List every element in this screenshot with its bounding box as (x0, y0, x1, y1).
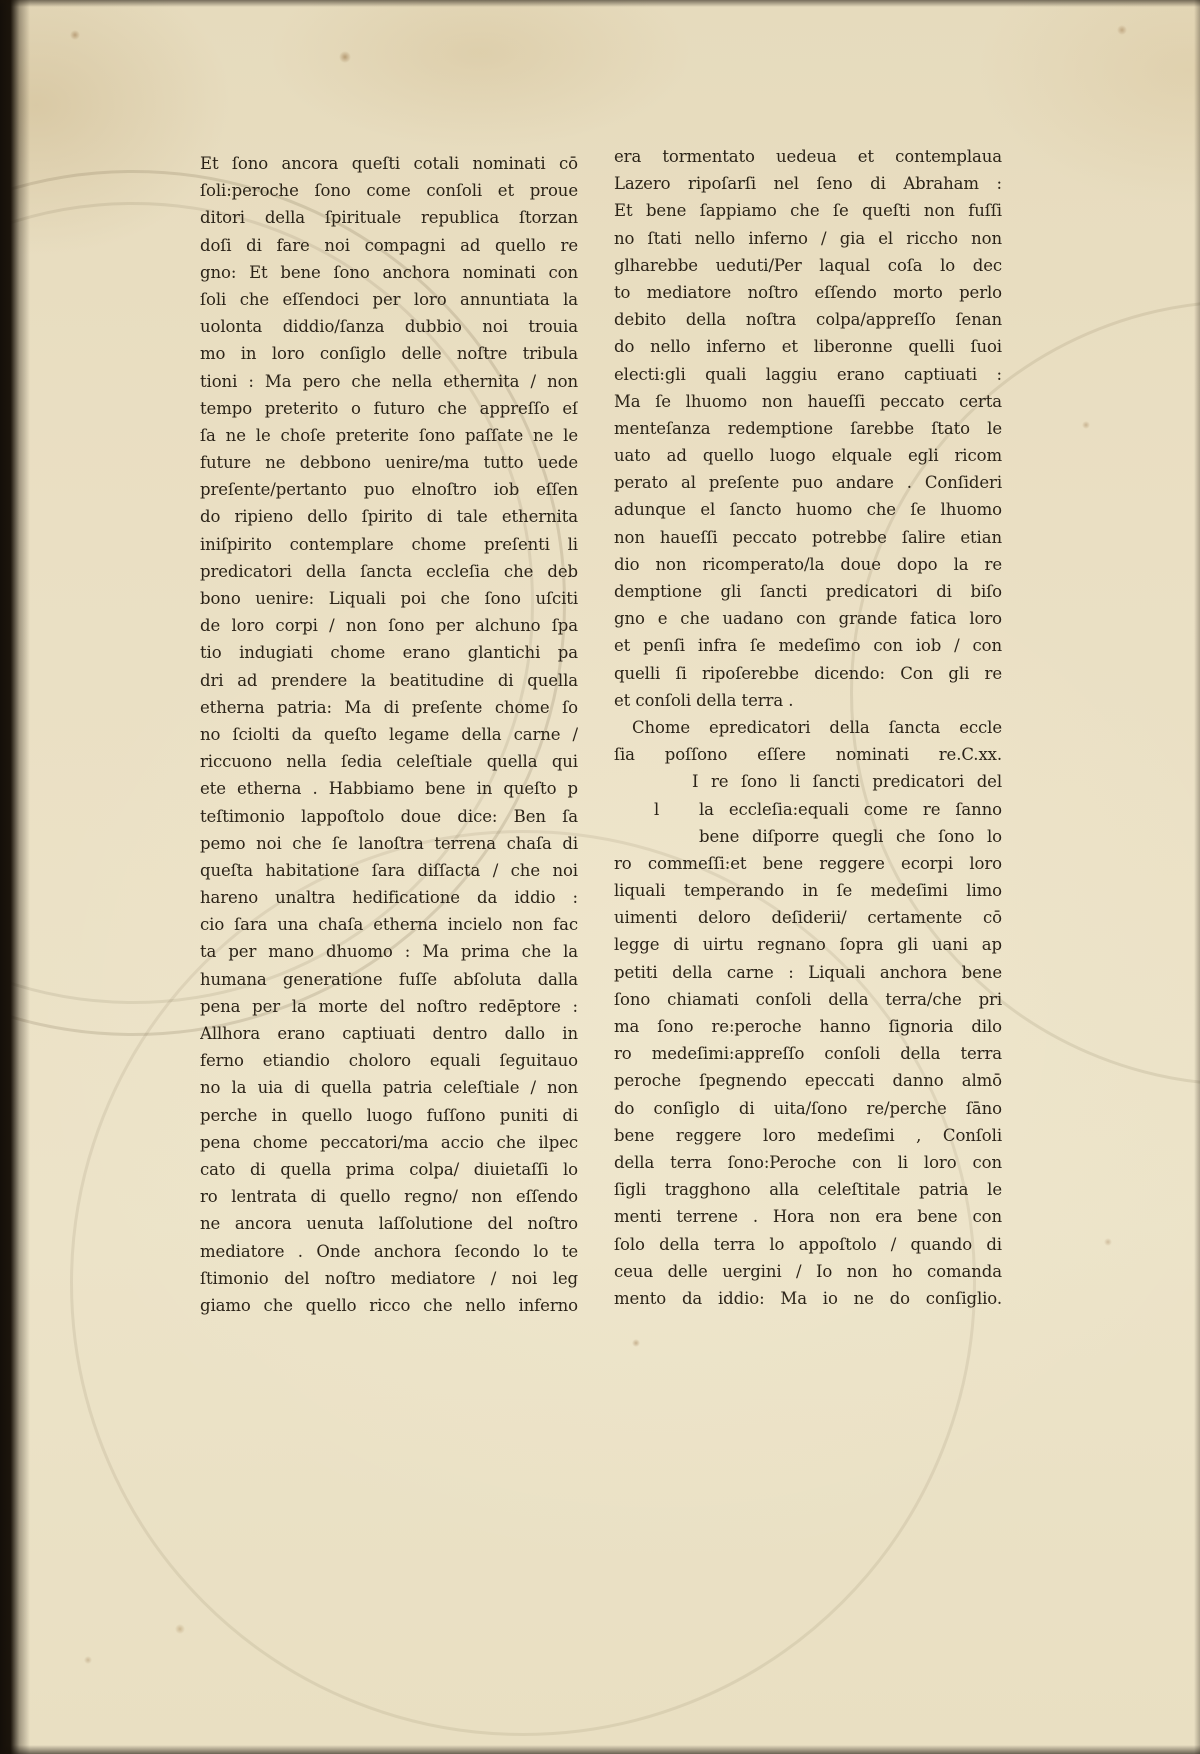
text-line: ſa ne le choſe preterite ſono paſſate ne… (200, 422, 578, 449)
text-line: bono uenire: Liquali poi che ſono uſciti (200, 585, 578, 612)
text-line: ferno etiandio choloro equali ſeguitauo (200, 1047, 578, 1074)
text-line: riccuono nella ſedia celeſtiale quella q… (200, 748, 578, 775)
text-line: no ſtati nello inferno / gia el riccho n… (614, 225, 1002, 252)
text-line: ro commeſſi:et bene reggere ecorpi loro (614, 850, 1002, 877)
text-line: Allhora erano captiuati dentro dallo in (200, 1020, 578, 1047)
text-line: petiti della carne : Liquali anchora ben… (614, 959, 1002, 986)
text-line: tioni : Ma pero che nella ethernita / no… (200, 368, 578, 395)
text-line: ſtimonio del noſtro mediatore / noi leg (200, 1265, 578, 1292)
text-line: Ma ſe lhuomo non haueſſi peccato certa (614, 388, 1002, 415)
text-line-with-guide-letter: l la eccleſia:equali come re ſanno (614, 796, 1002, 823)
text-line: pena per la morte del noſtro redēptore : (200, 993, 578, 1020)
text-line: peroche ſpegnendo epeccati danno almō (614, 1067, 1002, 1094)
page-edge-left (0, 0, 30, 1754)
text-line: tempo preterito o futuro che appreſſo eſ (200, 395, 578, 422)
text-line: bene reggere loro medeſimi , Conſoli (614, 1122, 1002, 1149)
text-line: della terra ſono:Peroche con li loro con (614, 1149, 1002, 1176)
text-line: cato di quella prima colpa/ diuietaſſi l… (200, 1156, 578, 1183)
text-line: et penſi infra ſe medeſimo con iob / con (614, 632, 1002, 659)
text-line: cio ſara una chaſa etherna incielo non f… (200, 911, 578, 938)
text-line: iniſpirito contemplare chome preſenti li (200, 531, 578, 558)
chapter-heading-line: Chome epredicatori della ſancta eccle (614, 714, 1002, 741)
text-line: bene diſporre quegli che ſono lo (614, 823, 1002, 850)
text-line: mediatore . Onde anchora ſecondo lo te (200, 1238, 578, 1265)
right-column-top-lines: era tormentato uedeua et contemplauaLaze… (614, 143, 1002, 687)
text-line: liquali temperando in ſe medeſimi limo (614, 877, 1002, 904)
text-line: dri ad prendere la beatitudine di quella (200, 667, 578, 694)
text-line: ro lentrata di quello regno/ non eſſendo (200, 1183, 578, 1210)
text-line: do conſiglo di uita/ſono re/perche ſāno (614, 1095, 1002, 1122)
text-line: teſtimonio lappoſtolo doue dice: Ben ſa (200, 803, 578, 830)
right-text-column: era tormentato uedeua et contemplauaLaze… (614, 143, 1002, 1312)
text-line: humana generatione fuſſe abſoluta dalla (200, 966, 578, 993)
text-line: non haueſſi peccato potrebbe ſalire etia… (614, 524, 1002, 551)
text-line: no la uia di quella patria celeſtiale / … (200, 1074, 578, 1101)
text-line: perche in quello luogo fuſſono puniti di (200, 1102, 578, 1129)
text-line: ete etherna . Habbiamo bene in queſto p (200, 775, 578, 802)
text-line: mento da iddio: Ma io ne do conſiglio. (614, 1285, 1002, 1312)
text-line: gno e che uadano con grande fatica loro (614, 605, 1002, 632)
text-line: preſente/pertanto puo elnoſtro iob eſſen (200, 476, 578, 503)
text-line: ſoli:peroche ſono come conſoli et proue (200, 177, 578, 204)
text-line: uolonta diddio/ſanza dubbio noi trouia (200, 313, 578, 340)
initial-guide-letter: l (654, 796, 659, 823)
text-line: pemo noi che ſe lanoſtra terrena chaſa d… (200, 830, 578, 857)
text-line: do ripieno dello ſpirito di tale etherni… (200, 503, 578, 530)
text-line: ma ſono re:peroche hanno ſignoria dilo (614, 1013, 1002, 1040)
text-line: do nello inferno et liberonne quelli ſuo… (614, 333, 1002, 360)
text-line: demptione gli ſancti predicatori di biſo (614, 578, 1002, 605)
page-edge-right (1194, 0, 1200, 1754)
text-line: debito della noſtra colpa/appreſſo ſenan (614, 306, 1002, 333)
text-line: era tormentato uedeua et contemplaua (614, 143, 1002, 170)
text-line: giamo che quello ricco che nello inferno (200, 1292, 578, 1319)
text-line: Et ſono ancora queſti cotali nominati cō (200, 150, 578, 177)
left-text-column: Et ſono ancora queſti cotali nominati cō… (200, 150, 578, 1319)
text-line: uato ad quello luogo elquale egli ricom (614, 442, 1002, 469)
text-line: electi:gli quali laggiu erano captiuati … (614, 361, 1002, 388)
text-line: ſoli che eſſendoci per loro annuntiata l… (200, 286, 578, 313)
text-line: la eccleſia:equali come re ſanno (614, 796, 1002, 823)
text-line: no ſciolti da queſto legame della carne … (200, 721, 578, 748)
text-line: doſi di fare noi compagni ad quello re (200, 232, 578, 259)
text-line: tio indugiati chome erano glantichi pa (200, 639, 578, 666)
text-line: menteſanza redemptione ſarebbe ſtato le (614, 415, 1002, 442)
text-line: predicatori della ſancta eccleſia che de… (200, 558, 578, 585)
text-line: ſolo della terra lo appoſtolo / quando d… (614, 1231, 1002, 1258)
text-line: legge di uirtu regnano ſopra gli uani ap (614, 931, 1002, 958)
text-line: glharebbe ueduti/Per laqual coſa lo dec (614, 252, 1002, 279)
text-line: menti terrene . Hora non era bene con (614, 1203, 1002, 1230)
scanned-book-page: { "colors": { "paper": "#e9dfc3", "ink":… (0, 0, 1200, 1754)
text-line: perato al preſente puo andare . Conſider… (614, 469, 1002, 496)
text-line: gno: Et bene ſono anchora nominati con (200, 259, 578, 286)
text-line: ſono chiamati conſoli della terra/che pr… (614, 986, 1002, 1013)
text-line: ne ancora uenuta laſſolutione del noſtro (200, 1210, 578, 1237)
page-edge-bottom (0, 1745, 1200, 1754)
paper-background (0, 0, 1200, 1754)
page-edge-top (0, 0, 1200, 7)
text-line: etherna patria: Ma di preſente chome ſo (200, 694, 578, 721)
text-line: ta per mano dhuomo : Ma prima che la (200, 938, 578, 965)
text-line: hareno unaltra hedificatione da iddio : (200, 884, 578, 911)
text-line: dio non ricomperato/la doue dopo la re (614, 551, 1002, 578)
text-line: adunque el ſancto huomo che ſe lhuomo (614, 496, 1002, 523)
text-line: to mediatore noſtro eſſendo morto perlo (614, 279, 1002, 306)
text-line: Et bene ſappiamo che ſe queſti non fuſſi (614, 197, 1002, 224)
text-line: I re ſono li ſancti predicatori del (614, 768, 1002, 795)
text-line: queſta habitatione ſara diſſacta / che n… (200, 857, 578, 884)
text-line: ro medeſimi:appreſſo conſoli della terra (614, 1040, 1002, 1067)
text-line: Lazero ripoſarſi nel ſeno di Abraham : (614, 170, 1002, 197)
text-line: ſigli tragghono alla celeſtitale patria … (614, 1176, 1002, 1203)
text-line: quelli ſi ripoſerebbe dicendo: Con gli r… (614, 660, 1002, 687)
text-line: ditori della ſpirituale republica ſtorza… (200, 204, 578, 231)
right-column-bottom-lines: ro commeſſi:et bene reggere ecorpi lorol… (614, 850, 1002, 1312)
chapter-heading-line: ſia poſſono eſſere nominati re.C.xx. (614, 741, 1002, 768)
text-line: de loro corpi / non ſono per alchuno ſpa (200, 612, 578, 639)
text-line: uimenti deloro deſiderii/ certamente cō (614, 904, 1002, 931)
text-line: future ne debbono uenire/ma tutto uede (200, 449, 578, 476)
text-line: et conſoli della terra . (614, 687, 1002, 714)
text-line: ceua delle uergini / Io non ho comanda (614, 1258, 1002, 1285)
text-line: pena chome peccatori/ma accio che ilpec (200, 1129, 578, 1156)
text-line: mo in loro conſiglo delle noſtre tribula (200, 340, 578, 367)
